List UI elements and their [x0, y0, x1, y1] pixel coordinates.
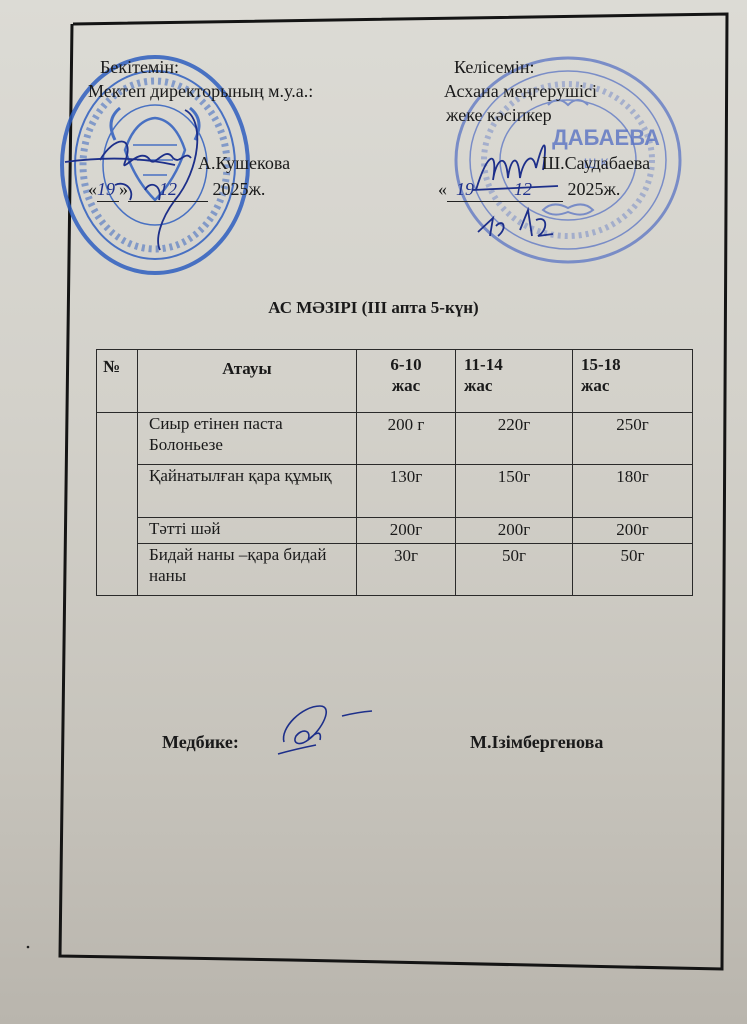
dish-name: Қайнатылған қара құмық	[138, 465, 357, 518]
table-row: Бидай наны –қара бидай наны 30г 50г 50г	[97, 544, 693, 596]
age-unit: жас	[464, 375, 568, 396]
dish-name: Сиыр етінен паста Болоньезе	[138, 413, 357, 465]
header-number: №	[97, 350, 138, 413]
date-open-quote: «	[438, 179, 447, 199]
agreement-role-line2: жеке кәсіпкер	[446, 103, 552, 127]
agreement-date-month: 12	[483, 177, 563, 202]
nurse-name: М.Ізімбергенова	[470, 732, 603, 753]
header-age-11-14: 11-14 жас	[456, 350, 573, 413]
svg-text:ДАБАЕВА: ДАБАЕВА	[552, 125, 660, 150]
table-row: Тәтті шәй 200г 200г 200г	[97, 518, 693, 544]
approval-role: Мектеп директорының м.у.а.:	[88, 79, 313, 103]
dish-name: Тәтті шәй	[138, 518, 357, 544]
portion-6-10: 200г	[357, 518, 456, 544]
nurse-label: Медбике:	[162, 732, 239, 753]
age-range: 11-14	[464, 354, 568, 375]
age-range: 15-18	[581, 354, 688, 375]
age-unit: жас	[581, 375, 688, 396]
agreement-title: Келісемін:	[454, 55, 535, 79]
header-age-15-18: 15-18 жас	[573, 350, 693, 413]
agreement-date: «1912 2025ж.	[438, 177, 620, 202]
document-title: АС МӘЗІРІ (ІІІ апта 5-күн)	[0, 298, 747, 318]
portion-6-10: 200 г	[357, 413, 456, 465]
table-row: Қайнатылған қара құмық 130г 150г 180г	[97, 465, 693, 518]
portion-11-14: 200г	[456, 518, 573, 544]
row-number-cell	[97, 413, 138, 596]
portion-15-18: 50г	[573, 544, 693, 596]
approval-date: «19»12 2025ж.	[88, 177, 265, 202]
header-age-6-10: 6-10 жас	[357, 350, 456, 413]
dish-name: Бидай наны –қара бидай наны	[138, 544, 357, 596]
portion-11-14: 220г	[456, 413, 573, 465]
menu-table: № Атауы 6-10 жас 11-14 жас 15-18 жас Сиы…	[96, 349, 693, 596]
agreement-date-year: 2025ж.	[568, 179, 621, 199]
portion-6-10: 30г	[357, 544, 456, 596]
portion-11-14: 50г	[456, 544, 573, 596]
agreement-role-line1: Асхана меңгерушісі	[444, 79, 597, 103]
agreement-signer-name: Ш.Саудабаева	[542, 151, 650, 175]
portion-15-18: 180г	[573, 465, 693, 518]
approval-date-year: 2025ж.	[213, 179, 266, 199]
approval-date-month: 12	[128, 177, 208, 202]
portion-15-18: 250г	[573, 413, 693, 465]
age-unit: жас	[361, 375, 451, 396]
approval-title: Бекітемін:	[100, 55, 179, 79]
agreement-date-day: 19	[447, 177, 483, 202]
age-range: 6-10	[361, 354, 451, 375]
portion-11-14: 150г	[456, 465, 573, 518]
date-open-quote: «	[88, 179, 97, 199]
portion-6-10: 130г	[357, 465, 456, 518]
nurse-signature	[272, 700, 382, 760]
date-close-quote: »	[119, 179, 128, 199]
approval-date-day: 19	[97, 177, 119, 202]
table-row: Сиыр етінен паста Болоньезе 200 г 220г 2…	[97, 413, 693, 465]
header-name: Атауы	[138, 350, 357, 413]
approval-signer-name: А.Кушекова	[198, 151, 290, 175]
table-header-row: № Атауы 6-10 жас 11-14 жас 15-18 жас	[97, 350, 693, 413]
portion-15-18: 200г	[573, 518, 693, 544]
